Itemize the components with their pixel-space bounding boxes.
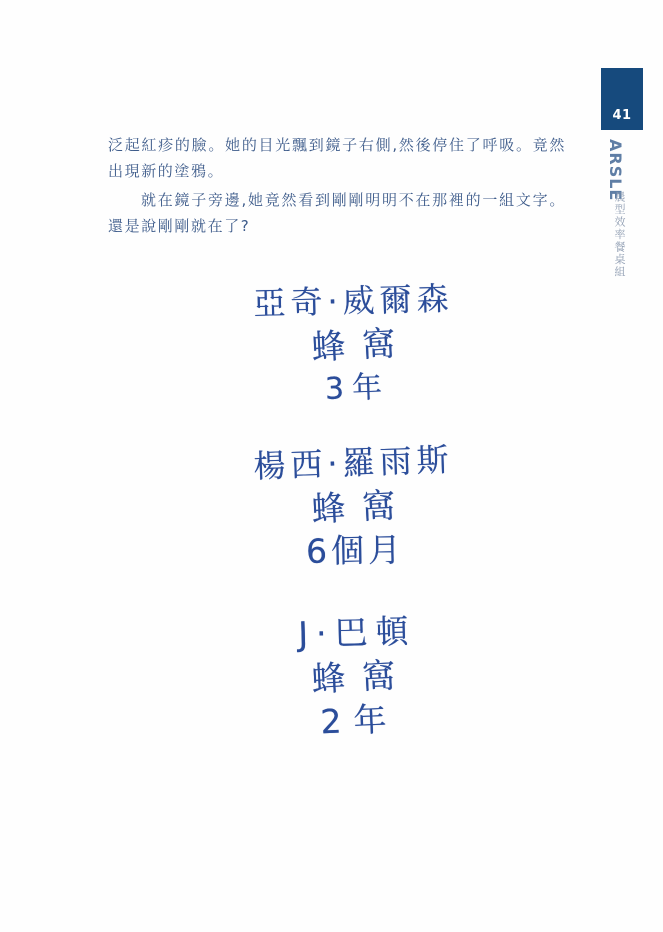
page-number: 41 [601, 108, 643, 123]
product-vertical-label: 晨型效率餐桌組 [611, 191, 627, 279]
graffiti-entry: 亞奇·威爾森 蜂窩 3年 [22, 278, 663, 410]
graffiti-entry: 楊西·羅雨斯 蜂窩 6個月 [22, 440, 663, 572]
body-text-block: 泛起紅疹的臉。她的目光飄到鏡子右側,然後停住了呼吸。竟然出現新的塗鴉。 就在鏡子… [108, 133, 566, 239]
body-paragraph: 泛起紅疹的臉。她的目光飄到鏡子右側,然後停住了呼吸。竟然出現新的塗鴉。 [108, 133, 566, 184]
body-paragraph: 就在鏡子旁邊,她竟然看到剛剛明明不在那裡的一組文字。還是說剛剛就在了? [108, 188, 566, 239]
page-number-box: 41 [601, 68, 643, 130]
graffiti-entry: J·巴頓 蜂窩 2年 [22, 610, 663, 742]
book-page: 泛起紅疹的臉。她的目光飄到鏡子右側,然後停住了呼吸。竟然出現新的塗鴉。 就在鏡子… [0, 0, 663, 932]
